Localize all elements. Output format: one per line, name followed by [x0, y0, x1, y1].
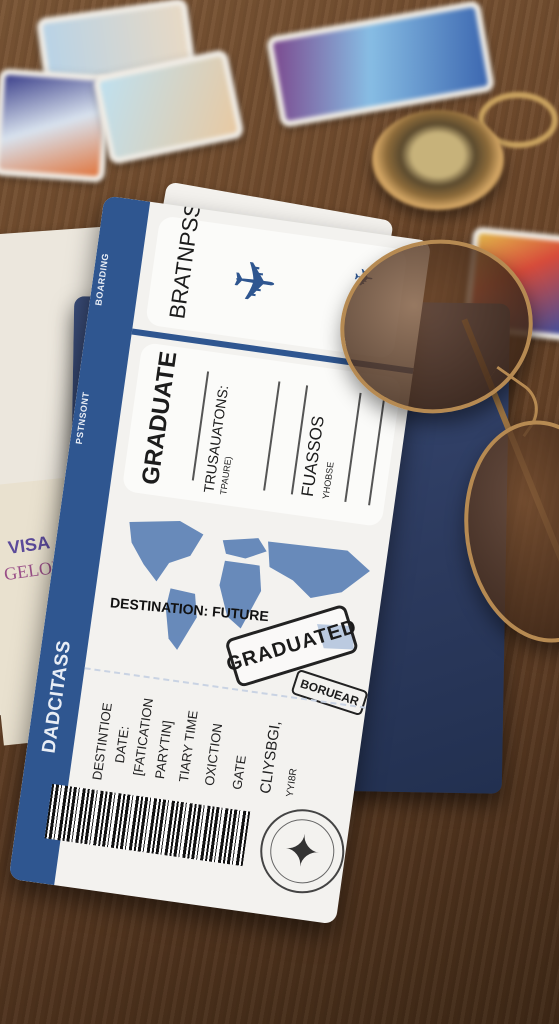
- bottom-field: OXICTION: [202, 722, 226, 786]
- bottom-field: GATE: [229, 754, 249, 790]
- travel-sticker-4: [266, 0, 496, 128]
- bottom-field: YYI8R: [285, 768, 300, 798]
- barcode: [45, 784, 251, 866]
- stub-title: BRATNPSS: [164, 201, 206, 320]
- divider: [368, 396, 385, 505]
- bottom-field: DESTINTIOE: [89, 702, 115, 781]
- brass-compass: [372, 110, 504, 210]
- bottom-field: CLIYSBGI,: [257, 720, 284, 795]
- airplane-icon: ✈: [228, 248, 282, 317]
- band-top-label: BOARDING: [93, 252, 110, 306]
- bottom-field: DATE:: [112, 725, 132, 764]
- field-2-sub: YHOBSE: [321, 461, 336, 500]
- main-title: GRADUATE: [137, 350, 183, 487]
- bottom-field: PARYTIN]: [152, 719, 175, 779]
- compass-rose-icon: ✦: [255, 804, 350, 899]
- band-bottom-label: DADCITASS: [39, 639, 77, 755]
- bottom-field: TIARY TIME: [176, 709, 201, 783]
- divider: [344, 393, 361, 502]
- band-mid-label: PSTNSONT: [74, 391, 91, 445]
- bottom-field: [FATICATION: [130, 697, 156, 777]
- divider: [263, 381, 280, 490]
